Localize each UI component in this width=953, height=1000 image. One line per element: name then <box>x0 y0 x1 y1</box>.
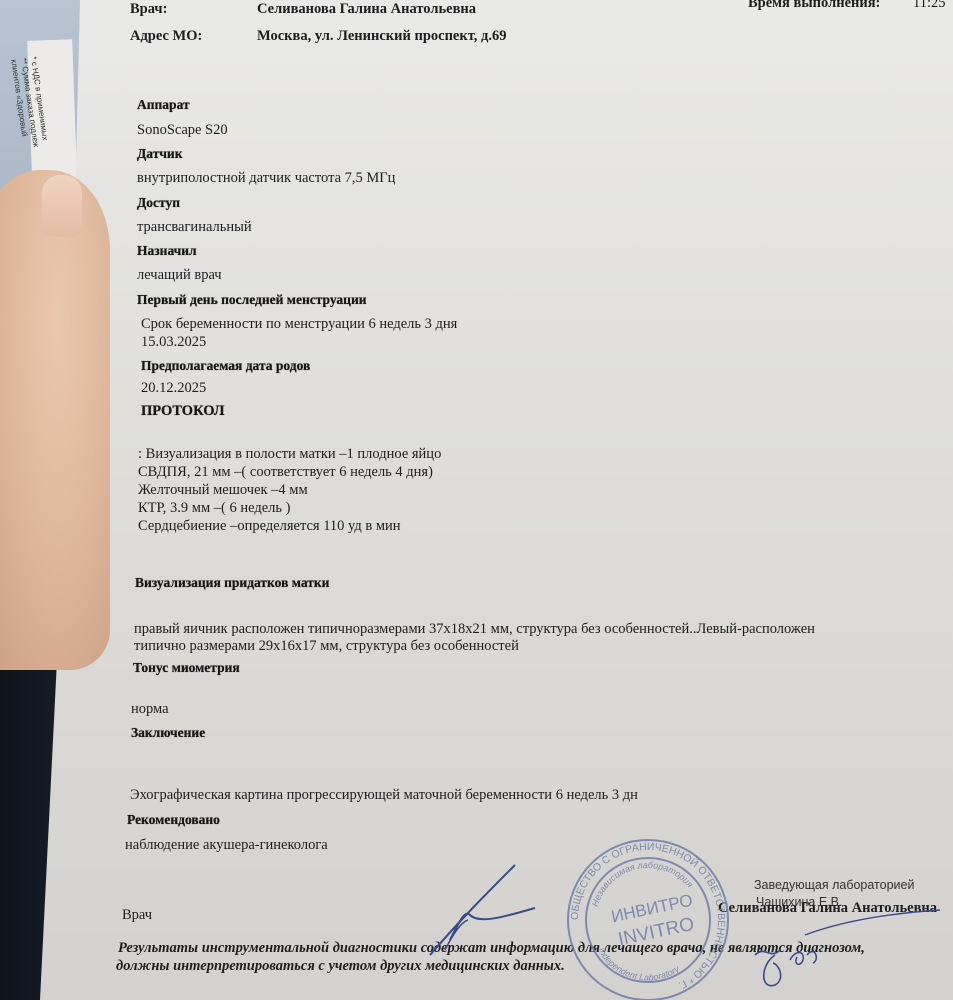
adnexa-title: Визуализация придатков матки <box>135 574 329 592</box>
field-label-lmp: Первый день последней менструации <box>137 291 367 309</box>
protocol-title: ПРОТОКОЛ <box>141 402 225 420</box>
field-label-assigned: Назначил <box>137 242 197 260</box>
lab-head-title: Заведующая лабораторией <box>754 876 914 894</box>
field-value-device: SonoScape S20 <box>137 121 228 139</box>
ultrasound-report: Врач: Селиванова Галина Анатольевна Врем… <box>0 0 953 1000</box>
conclusion-title: Заключение <box>131 724 205 742</box>
adnexa-line: типично размерами 29х16х17 мм, структура… <box>134 637 519 655</box>
protocol-line: : Визуализация в полости матки –1 плодно… <box>138 445 441 463</box>
stamp-bottom-text: Independent Laboratory <box>596 946 681 983</box>
protocol-line: КТР, 3.9 мм –( 6 недель ) <box>138 499 290 517</box>
field-value-assigned: лечащий врач <box>137 266 222 284</box>
field-value-probe: внутриполостной датчик частота 7,5 МГц <box>137 169 395 187</box>
doctor-label: Врач: <box>130 0 167 18</box>
field-value-access: трансвагинальный <box>137 218 252 236</box>
myometrium-title: Тонус миометрия <box>133 659 240 677</box>
lab-head-signature <box>745 905 945 1000</box>
time-label: Время выполнения: <box>748 0 880 12</box>
svg-text:Independent Laboratory: Independent Laboratory <box>596 946 681 983</box>
field-value-gestation: Срок беременности по менструации 6 недел… <box>141 315 457 333</box>
address-label: Адрес МО: <box>130 27 202 45</box>
protocol-line: СВДПЯ, 21 мм –( соответствует 6 недель 4… <box>138 463 433 481</box>
time-value: 11:25 <box>913 0 946 12</box>
conclusion-value: Эхографическая картина прогрессирующей м… <box>130 786 638 804</box>
address-value: Москва, ул. Ленинский проспект, д.69 <box>257 27 506 45</box>
protocol-line: Сердцебиение –определяется 110 уд в мин <box>138 517 401 535</box>
footer-doctor-label: Врач <box>122 906 152 924</box>
recommended-title: Рекомендовано <box>127 811 220 829</box>
field-label-access: Доступ <box>137 194 180 212</box>
field-label-probe: Датчик <box>137 145 183 163</box>
doctor-name: Селиванова Галина Анатольевна <box>257 0 476 18</box>
field-value-due-date: 20.12.2025 <box>141 379 206 397</box>
myometrium-value: норма <box>131 700 169 718</box>
protocol-line: Желточный мешочек –4 мм <box>138 481 308 499</box>
field-label-due-date: Предполагаемая дата родов <box>141 357 310 375</box>
field-label-device: Аппарат <box>137 96 190 114</box>
doctor-signature <box>420 860 560 960</box>
recommended-value: наблюдение акушера-гинеколога <box>125 836 328 854</box>
adnexa-line: правый яичник расположен типичноразмерам… <box>134 620 815 638</box>
field-value-lmp-date: 15.03.2025 <box>141 333 206 351</box>
lab-stamp: ОБЩЕСТВО С ОГРАНИЧЕННОЙ ОТВЕТСТВЕННОСТЬЮ… <box>563 835 733 1000</box>
